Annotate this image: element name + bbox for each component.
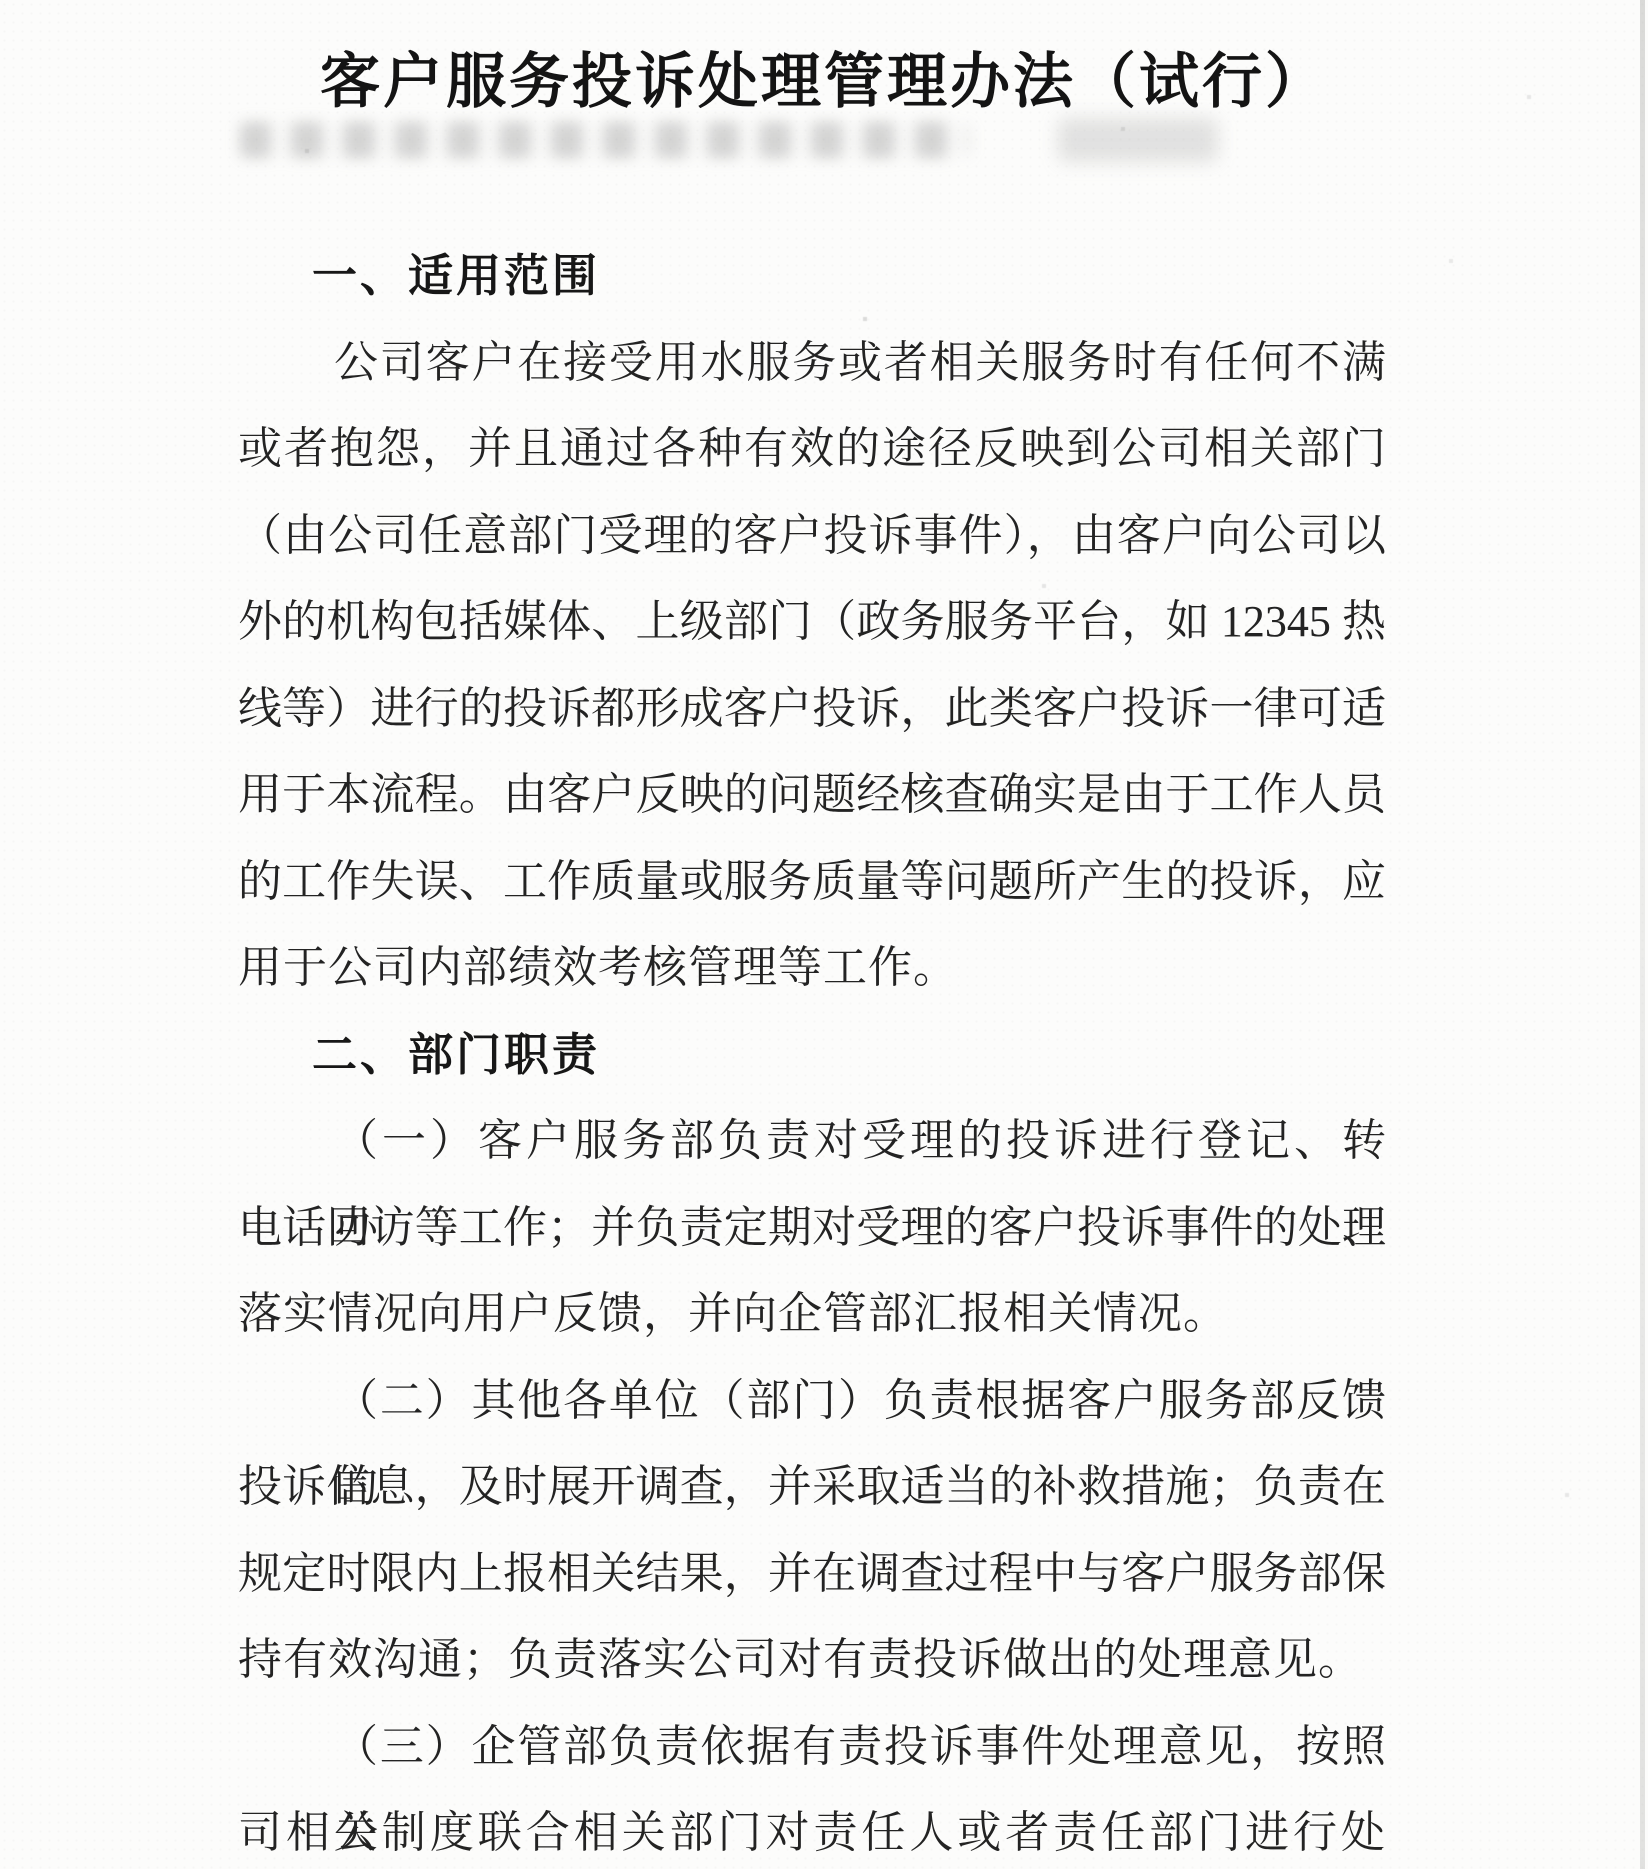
bleed-blob-right [1058,118,1218,162]
text-line: （三）企管部负责依据有责投诉事件处理意见，按照公 [238,1704,1386,1791]
section-2-heading: 二、部门职责 [238,1012,1386,1099]
text-line: 用于本流程。由客户反映的问题经核查确实是由于工作人员 [238,752,1386,839]
text-line: （由公司任意部门受理的客户投诉事件），由客户向公司以 [238,493,1386,580]
text-line: 或者抱怨，并且通过各种有效的途径反映到公司相关部门 [238,406,1386,493]
text-line: 持有效沟通；负责落实公司对有责投诉做出的处理意见。 [238,1617,1386,1704]
text-line: 外的机构包括媒体、上级部门（政务服务平台，如 12345 热 [238,579,1386,666]
text-line: 公司客户在接受用水服务或者相关服务时有任何不满 [238,320,1386,407]
scanned-document-page: 客户服务投诉处理管理办法（试行） 一、适用范围 公司客户在接受用水服务或者相关服… [0,0,1648,1869]
scan-edge-artifact [1640,0,1645,1869]
text-line: 电话回访等工作；并负责定期对受理的客户投诉事件的处理 [238,1185,1386,1272]
scan-bleed-artifact [228,112,1238,174]
text-line: 司相关制度联合相关部门对责任人或者责任部门进行处理。 [238,1790,1386,1869]
text-line: 线等）进行的投诉都形成客户投诉，此类客户投诉一律可适 [238,666,1386,753]
document-title: 客户服务投诉处理管理办法（试行） [0,34,1648,120]
bleed-blob-left [240,122,970,158]
text-line: 规定时限内上报相关结果，并在调查过程中与客户服务部保 [238,1531,1386,1618]
section-1-heading: 一、适用范围 [238,233,1386,320]
text-line: （二）其他各单位（部门）负责根据客户服务部反馈的 [238,1358,1386,1445]
text-line: （一）客户服务部负责对受理的投诉进行登记、转办、 [238,1098,1386,1185]
document-body: 一、适用范围 公司客户在接受用水服务或者相关服务时有任何不满 或者抱怨，并且通过… [238,233,1386,1869]
scan-noise-specks [0,0,2,2]
text-line: 用于公司内部绩效考核管理等工作。 [238,925,1386,1012]
text-line: 的工作失误、工作质量或服务质量等问题所产生的投诉，应 [238,839,1386,926]
text-line: 落实情况向用户反馈，并向企管部汇报相关情况。 [238,1271,1386,1358]
text-line: 投诉信息，及时展开调查，并采取适当的补救措施；负责在 [238,1444,1386,1531]
